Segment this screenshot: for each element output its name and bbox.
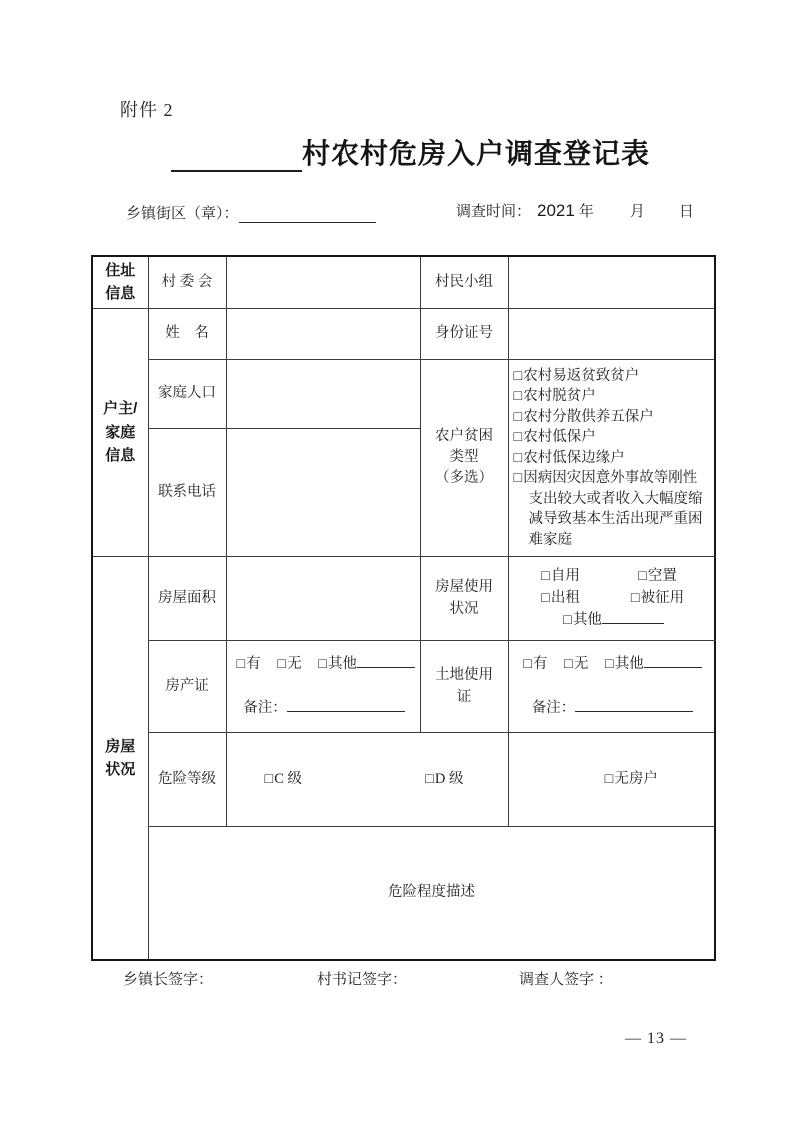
table-row: 房屋 状况 房屋面积 房屋使用 状况 □自用 □空置 □出租 □被征用 □其他 — [92, 557, 715, 641]
section-household-line2: 家庭 — [93, 421, 148, 444]
poverty-option: □农村易返贫致贫户 — [514, 366, 711, 387]
cert-other-blank-underline — [357, 655, 415, 668]
id-number-input-cell — [508, 308, 715, 359]
checkbox-icon: □ — [541, 590, 550, 606]
property-cert-label: 房产证 — [148, 641, 226, 733]
table-row: 危险程度描述 — [92, 827, 715, 960]
attachment-label: 附件 2 — [120, 96, 174, 122]
checkbox-icon: □ — [277, 656, 286, 672]
checkbox-icon: □ — [514, 450, 523, 466]
table-row: 住址 信息 村 委 会 村民小组 — [92, 256, 715, 308]
remark-blank-underline — [287, 699, 405, 712]
page-number: — 13 — — [596, 1030, 716, 1048]
poverty-option-label: 农村低保边缘户 — [523, 450, 625, 466]
remark-blank-underline — [575, 699, 693, 712]
usage-option-label: 其他 — [573, 612, 602, 628]
poverty-type-options-cell: □农村易返贫致贫户 □农村脱贫户 □农村分散供养五保户 □农村低保户 □农村低保… — [508, 359, 715, 557]
table-row: 危险等级 □C 级 □D 级 □无房户 — [92, 733, 715, 827]
checkbox-icon: □ — [541, 568, 550, 584]
villager-group-input-cell — [508, 256, 715, 308]
poverty-option-label: 农村易返贫致贫户 — [523, 368, 639, 384]
cert-option-other: □其他 — [605, 656, 702, 672]
usage-option-label: 自用 — [551, 568, 580, 584]
poverty-option-label: 农村脱贫户 — [523, 388, 596, 404]
danger-level-label: 危险等级 — [148, 733, 226, 827]
poverty-option-label: 农村低保户 — [523, 429, 596, 445]
danger-description-label: 危险程度描述 — [388, 884, 475, 900]
section-household-line3: 信息 — [93, 444, 148, 467]
danger-option-label: C 级 — [274, 771, 302, 787]
table-row: 家庭人口 农户贫困 类型 （多选） □农村易返贫致贫户 □农村脱贫户 □农村分散… — [92, 359, 715, 429]
cert-option: □有 — [237, 656, 261, 672]
house-area-label: 房屋面积 — [148, 557, 226, 641]
section-household-line1: 户主/ — [93, 397, 148, 420]
house-usage-label-line1: 房屋使用 — [421, 577, 508, 598]
danger-description-cell: 危险程度描述 — [148, 827, 715, 960]
checkbox-icon: □ — [425, 771, 434, 787]
house-area-input-cell — [226, 557, 420, 641]
poverty-option-label: 农村分散供养五保户 — [523, 409, 654, 425]
checkbox-icon: □ — [265, 771, 274, 787]
remark-line: 备注： — [237, 698, 412, 719]
survey-form-table: 住址 信息 村 委 会 村民小组 户主/ 家庭 信息 姓 名 身份证号 家庭人口… — [91, 255, 716, 961]
danger-option-c: □C 级 — [265, 769, 303, 790]
checkbox-icon: □ — [514, 388, 523, 404]
danger-option-label: 无房户 — [614, 771, 658, 787]
title-row: 村农村危房入户调查登记表 — [171, 136, 650, 172]
section-house-line2: 状况 — [93, 758, 148, 781]
checkbox-icon: □ — [514, 368, 523, 384]
survey-time-field: 调查时间： 2021 年 月 日 — [456, 200, 694, 221]
cert-option: □无 — [277, 656, 301, 672]
cert-option-label: 无 — [574, 656, 589, 672]
title-blank-underline — [171, 138, 302, 172]
checkbox-icon: □ — [563, 612, 572, 628]
township-label: 乡镇街区（章）： — [126, 202, 239, 223]
name-input-cell — [226, 308, 420, 359]
land-cert-options-cell: □有 □无 □其他 备注： — [508, 641, 715, 733]
poverty-option-label: 因病因灾因意外事故等刚性支出较大或者收入大幅度缩减导致基本生活出现严重困难家庭 — [523, 470, 702, 548]
township-field: 乡镇街区（章）： — [126, 202, 376, 223]
section-address-line1: 住址 — [93, 259, 148, 282]
poverty-option: □农村脱贫户 — [514, 386, 711, 407]
usage-option-label: 空置 — [648, 568, 677, 584]
signature-township-head: 乡镇长签字： — [123, 968, 213, 989]
table-row: 房产证 □有 □无 □其他 备注： 土地使用 证 □有 □无 □其他 备注： — [92, 641, 715, 733]
poverty-option: □农村低保边缘户 — [514, 448, 711, 469]
checkbox-icon: □ — [514, 470, 523, 486]
table-row: 户主/ 家庭 信息 姓 名 身份证号 — [92, 308, 715, 359]
cert-option: □有 — [523, 656, 547, 672]
remark-label: 备注： — [243, 700, 287, 716]
checkbox-icon: □ — [318, 656, 327, 672]
usage-option-other: □其他 — [517, 610, 711, 631]
poverty-option: □农村分散供养五保户 — [514, 407, 711, 428]
property-cert-options-cell: □有 □无 □其他 备注： — [226, 641, 420, 733]
usage-option: □被征用 — [605, 588, 711, 609]
cert-option-label: 其他 — [615, 656, 644, 672]
villager-group-label: 村民小组 — [420, 256, 508, 308]
village-committee-input-cell — [226, 256, 420, 308]
day-unit: 日 — [679, 200, 694, 221]
land-cert-label-line2: 证 — [421, 687, 508, 708]
cert-option-label: 无 — [287, 656, 302, 672]
checkbox-icon: □ — [605, 771, 614, 787]
family-size-label: 家庭人口 — [148, 359, 226, 429]
land-cert-label: 土地使用 证 — [420, 641, 508, 733]
signature-investigator: 调查人签字 ： — [519, 968, 613, 989]
house-usage-options-cell: □自用 □空置 □出租 □被征用 □其他 — [508, 557, 715, 641]
checkbox-icon: □ — [631, 590, 640, 606]
cert-other-blank-underline — [644, 655, 702, 668]
month-unit: 月 — [630, 200, 645, 221]
usage-option-label: 出租 — [551, 590, 580, 606]
year-unit: 年 — [579, 200, 594, 221]
section-house: 房屋 状况 — [92, 557, 148, 960]
house-usage-label-line2: 状况 — [421, 599, 508, 620]
house-usage-label: 房屋使用 状况 — [420, 557, 508, 641]
page-title: 村农村危房入户调查登记表 — [302, 136, 650, 172]
name-label: 姓 名 — [148, 308, 226, 359]
usage-option-label: 被征用 — [641, 590, 685, 606]
usage-option: □空置 — [605, 566, 711, 587]
village-committee-label: 村 委 会 — [148, 256, 226, 308]
checkbox-icon: □ — [523, 656, 532, 672]
danger-option-d: □D 级 — [425, 769, 463, 790]
section-address: 住址 信息 — [92, 256, 148, 308]
usage-other-blank-underline — [602, 611, 664, 624]
section-address-line2: 信息 — [93, 282, 148, 305]
cert-option: □无 — [564, 656, 588, 672]
phone-label: 联系电话 — [148, 429, 226, 557]
danger-option-label: D 级 — [435, 771, 464, 787]
checkbox-icon: □ — [514, 409, 523, 425]
family-size-input-cell — [226, 359, 420, 429]
poverty-type-label: 农户贫困 类型 （多选） — [420, 359, 508, 557]
cert-option-label: 有 — [246, 656, 261, 672]
cert-option-label: 其他 — [328, 656, 357, 672]
checkbox-icon: □ — [514, 429, 523, 445]
poverty-type-label-line1: 农户贫困 — [421, 426, 508, 447]
township-blank-underline — [239, 207, 376, 223]
danger-option-nohouse: □无房户 — [605, 771, 658, 787]
usage-option: □自用 — [517, 566, 605, 587]
checkbox-icon: □ — [237, 656, 246, 672]
checkbox-icon: □ — [564, 656, 573, 672]
section-house-line1: 房屋 — [93, 735, 148, 758]
survey-time-label: 调查时间： — [456, 200, 531, 221]
id-number-label: 身份证号 — [420, 308, 508, 359]
danger-level-cd-cell: □C 级 □D 级 — [226, 733, 508, 827]
poverty-option: □农村低保户 — [514, 427, 711, 448]
poverty-type-label-line3: （多选） — [421, 468, 508, 489]
land-cert-label-line1: 土地使用 — [421, 665, 508, 686]
remark-label: 备注： — [532, 700, 576, 716]
poverty-option: □因病因灾因意外事故等刚性支出较大或者收入大幅度缩减导致基本生活出现严重困难家庭 — [514, 468, 711, 550]
survey-year-value: 2021 — [537, 201, 575, 221]
danger-option-nohouse-cell: □无房户 — [508, 733, 715, 827]
checkbox-icon: □ — [605, 656, 614, 672]
usage-option: □出租 — [517, 588, 605, 609]
signature-village-secretary: 村书记签字： — [317, 968, 407, 989]
poverty-type-label-line2: 类型 — [421, 447, 508, 468]
section-household: 户主/ 家庭 信息 — [92, 308, 148, 557]
cert-option-label: 有 — [533, 656, 548, 672]
cert-option-other: □其他 — [318, 656, 415, 672]
checkbox-icon: □ — [638, 568, 647, 584]
phone-input-cell — [226, 429, 420, 557]
remark-line: 备注： — [519, 698, 707, 719]
